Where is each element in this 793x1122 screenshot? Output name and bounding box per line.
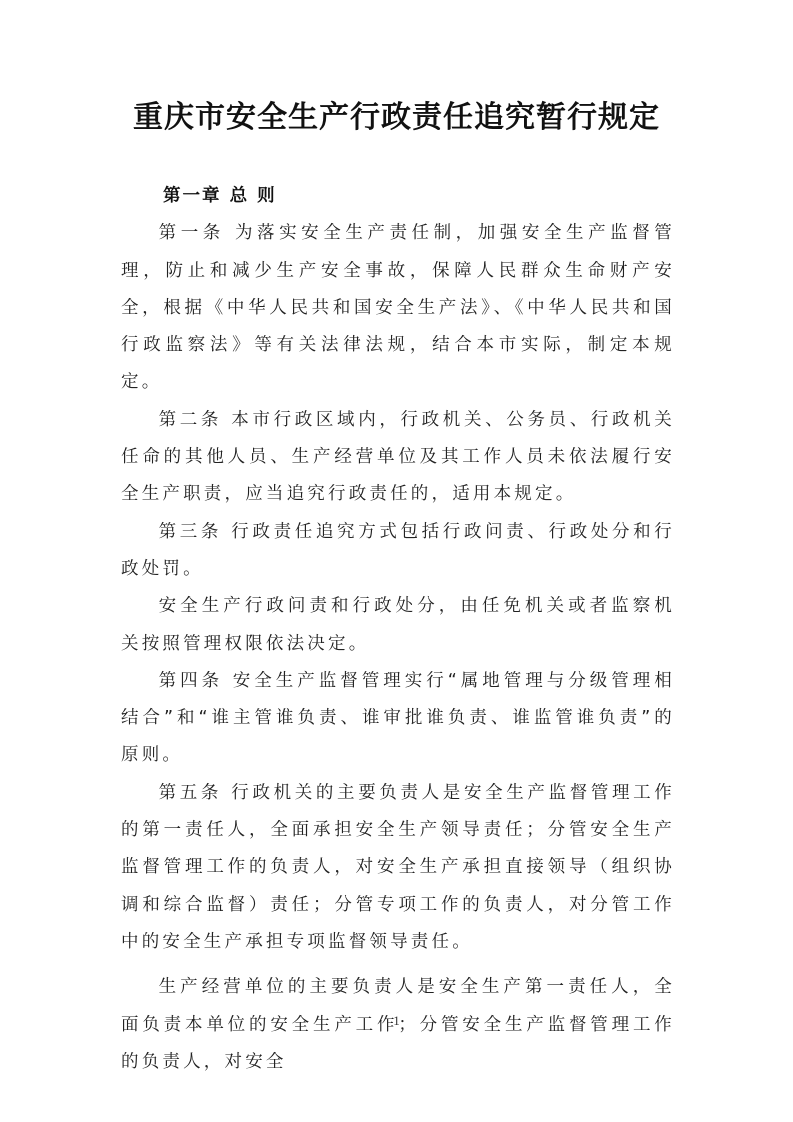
page-number: 1 xyxy=(0,1013,793,1029)
article-5: 第五条 行政机关的主要负责人是安全生产监督管理工作的第一责任人，全面承担安全生产… xyxy=(121,775,675,961)
article-1: 第一条 为落实安全生产责任制，加强安全生产监督管理，防止和减少生产安全事故，保障… xyxy=(121,215,675,401)
article-3-clause: 安全生产行政问责和行政处分，由任免机关或者监察机关按照管理权限依法决定。 xyxy=(121,588,675,663)
document-page: 重庆市安全生产行政责任追究暂行规定 第一章 总 则 第一条 为落实安全生产责任制… xyxy=(0,0,793,1122)
article-3: 第三条 行政责任追究方式包括行政问责、行政处分和行政处罚。 xyxy=(121,514,675,589)
article-4: 第四条 安全生产监督管理实行“属地管理与分级管理相结合”和“谁主管谁负责、谁审批… xyxy=(121,663,675,775)
chapter-heading: 第一章 总 则 xyxy=(121,178,675,215)
article-2: 第二条 本市行政区域内，行政机关、公务员、行政机关任命的其他人员、生产经营单位及… xyxy=(121,402,675,514)
document-body: 第一章 总 则 第一条 为落实安全生产责任制，加强安全生产监督管理，防止和减少生… xyxy=(121,178,675,1081)
document-title: 重庆市安全生产行政责任追究暂行规定 xyxy=(0,98,793,138)
